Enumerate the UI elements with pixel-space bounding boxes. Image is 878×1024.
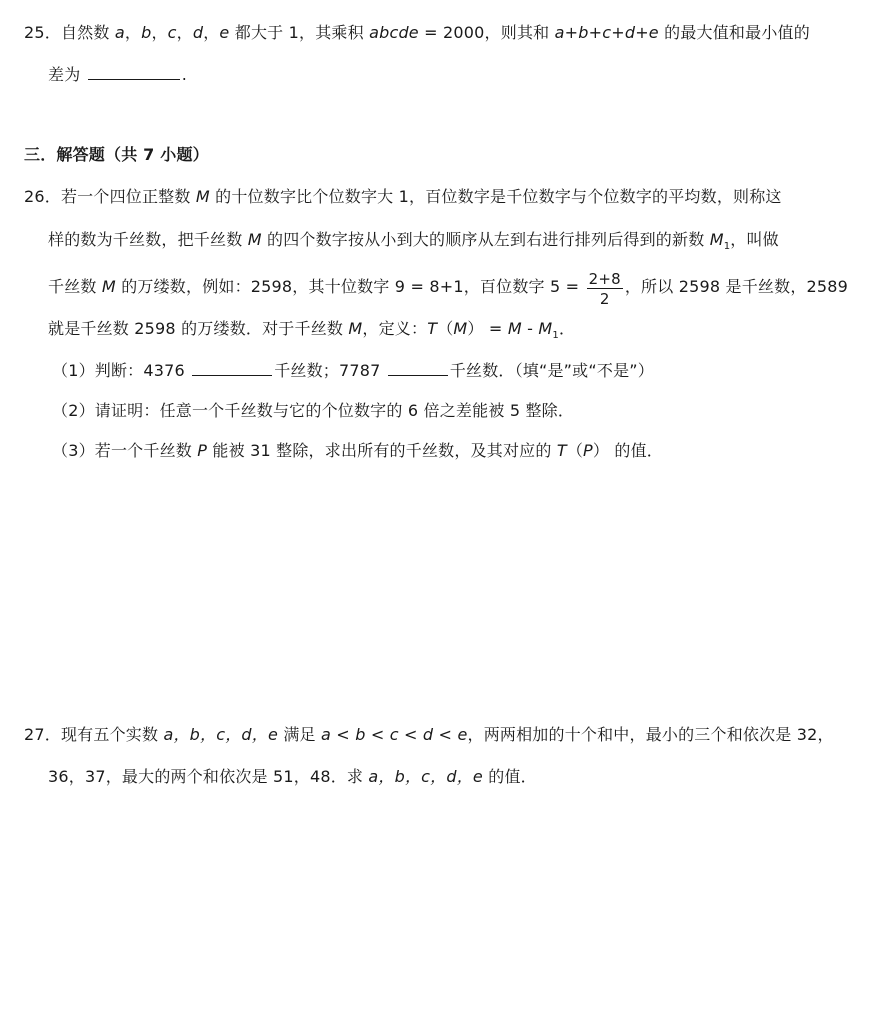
q27-line-1: 27．现有五个实数 a，b，c，d，e 满足 a < b < c < d < e…	[24, 724, 834, 746]
q26-line-1: 26．若一个四位正整数 M 的十位数字比个位数字大 1，百位数字是千位数字与个位…	[24, 186, 782, 208]
q26-line-4: 就是千丝数 2598 的万缕数．对于千丝数 M，定义：T（M） = M - M1…	[48, 318, 575, 347]
inequality: a < b < c < d < e	[321, 725, 467, 744]
q26-part1-blank-2[interactable]	[388, 361, 448, 376]
section-3-heading: 三．解答题（共 7 小题）	[24, 144, 209, 166]
fraction: 2+82	[587, 270, 623, 309]
q26-line-2: 样的数为千丝数，把千丝数 M 的四个数字按从小到大的顺序从左到右进行排列后得到的…	[48, 229, 779, 258]
q25-number: 25．	[24, 23, 61, 42]
product-expression: abcde	[369, 23, 419, 42]
q25-line-1: 25．自然数 a，b，c，d，e 都大于 1，其乘积 abcde = 2000，…	[24, 22, 810, 44]
q27-number: 27．	[24, 725, 61, 744]
sum-expression: a+b+c+d+e	[555, 23, 659, 42]
q26-part-1: （1）判断：4376 千丝数；7787 千丝数．（填“是”或“不是”）	[52, 360, 654, 382]
q26-part1-blank-1[interactable]	[192, 361, 272, 376]
q25-answer-blank[interactable]	[88, 65, 180, 80]
q26-part-2: （2）请证明：任意一个千丝数与它的个位数字的 6 倍之差能被 5 整除．	[52, 400, 574, 422]
q26-line-3: 千丝数 M 的万缕数，例如：2598，其十位数字 9 = 8+1，百位数字 5 …	[48, 268, 848, 307]
q26-number: 26．	[24, 187, 61, 206]
q25-line-2: 差为 .	[48, 64, 187, 86]
q27-line-2: 36，37，最大的两个和依次是 51，48．求 a，b，c，d，e 的值．	[48, 766, 537, 788]
q26-part-3: （3）若一个千丝数 P 能被 31 整除，求出所有的千丝数，及其对应的 T（P）…	[52, 440, 663, 462]
